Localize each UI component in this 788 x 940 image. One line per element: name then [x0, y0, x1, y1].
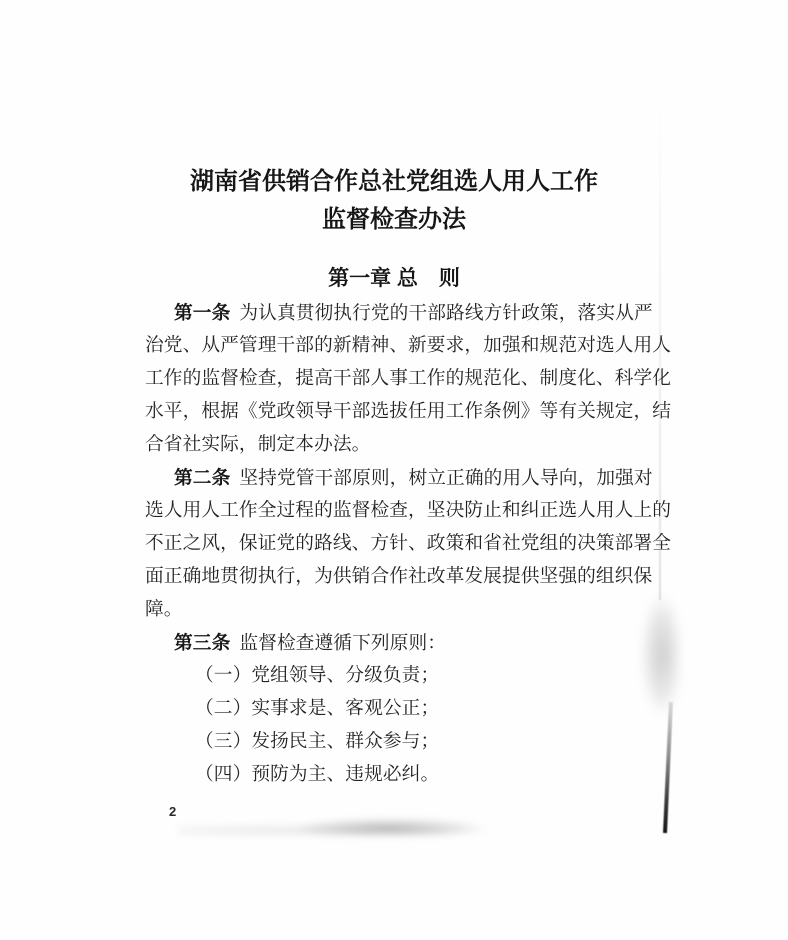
- article-text: 坚持党管干部原则，树立正确的用人导向，加强对: [239, 468, 652, 489]
- article-line: 选人用人工作全过程的监督检查，坚决防止和纠正选人用人上的: [145, 494, 651, 527]
- principle-item: （二）实事求是、客观公正；: [145, 692, 651, 725]
- article-text: 为认真贯彻执行党的干部路线方针政策，落实从严: [239, 303, 652, 324]
- document-title: 湖南省供销合作总社党组选人用人工作 监督检查办法: [0, 163, 788, 239]
- article-line: 障。: [145, 593, 651, 626]
- principle-item: （一）党组领导、分级负责；: [145, 659, 651, 692]
- document-title-line-2: 监督检查办法: [0, 201, 788, 239]
- article-text: 监督检查遵循下列原则：: [239, 633, 446, 654]
- document-title-line-1: 湖南省供销合作总社党组选人用人工作: [0, 163, 788, 201]
- chapter-heading: 第一章 总 则: [0, 266, 788, 292]
- scan-dark-streak: [663, 702, 672, 833]
- article-line: 治党、从严管理干部的新精神、新要求，加强和规范对选人用人: [145, 329, 651, 362]
- article-line: 合省社实际，制定本办法。: [145, 428, 651, 461]
- article-line: 面正确地贯彻执行，为供销合作社改革发展提供坚强的组织保: [145, 560, 651, 593]
- scan-edge-shadow-line: [659, 95, 661, 600]
- article-line: 工作的监督检查，提高干部人事工作的规范化、制度化、科学化: [145, 362, 651, 395]
- article-line: 水平，根据《党政领导干部选拔任用工作条例》等有关规定，结: [145, 395, 651, 428]
- article-line: 第三条监督检查遵循下列原则：: [145, 626, 651, 659]
- page-number: 2: [169, 804, 176, 819]
- article-label: 第三条: [174, 632, 230, 653]
- principle-item: （四）预防为主、违规必纠。: [145, 758, 651, 791]
- article-line: 第二条坚持党管干部原则，树立正确的用人导向，加强对: [145, 461, 651, 494]
- article-label: 第二条: [174, 467, 230, 488]
- article-line: 第一条为认真贯彻执行党的干部路线方针政策，落实从严: [145, 296, 651, 329]
- scan-smudge-blob: [632, 575, 680, 720]
- article-line: 不正之风，保证党的路线、方针、政策和省社党组的决策部署全: [145, 527, 651, 560]
- principle-item: （三）发扬民主、群众参与；: [145, 725, 651, 758]
- document-body: 第一条为认真贯彻执行党的干部路线方针政策，落实从严治党、从严管理干部的新精神、新…: [145, 296, 651, 791]
- scan-bottom-shadow: [178, 808, 543, 836]
- scanned-document-page: 湖南省供销合作总社党组选人用人工作 监督检查办法 第一章 总 则 第一条为认真贯…: [0, 0, 788, 940]
- article-label: 第一条: [174, 302, 230, 323]
